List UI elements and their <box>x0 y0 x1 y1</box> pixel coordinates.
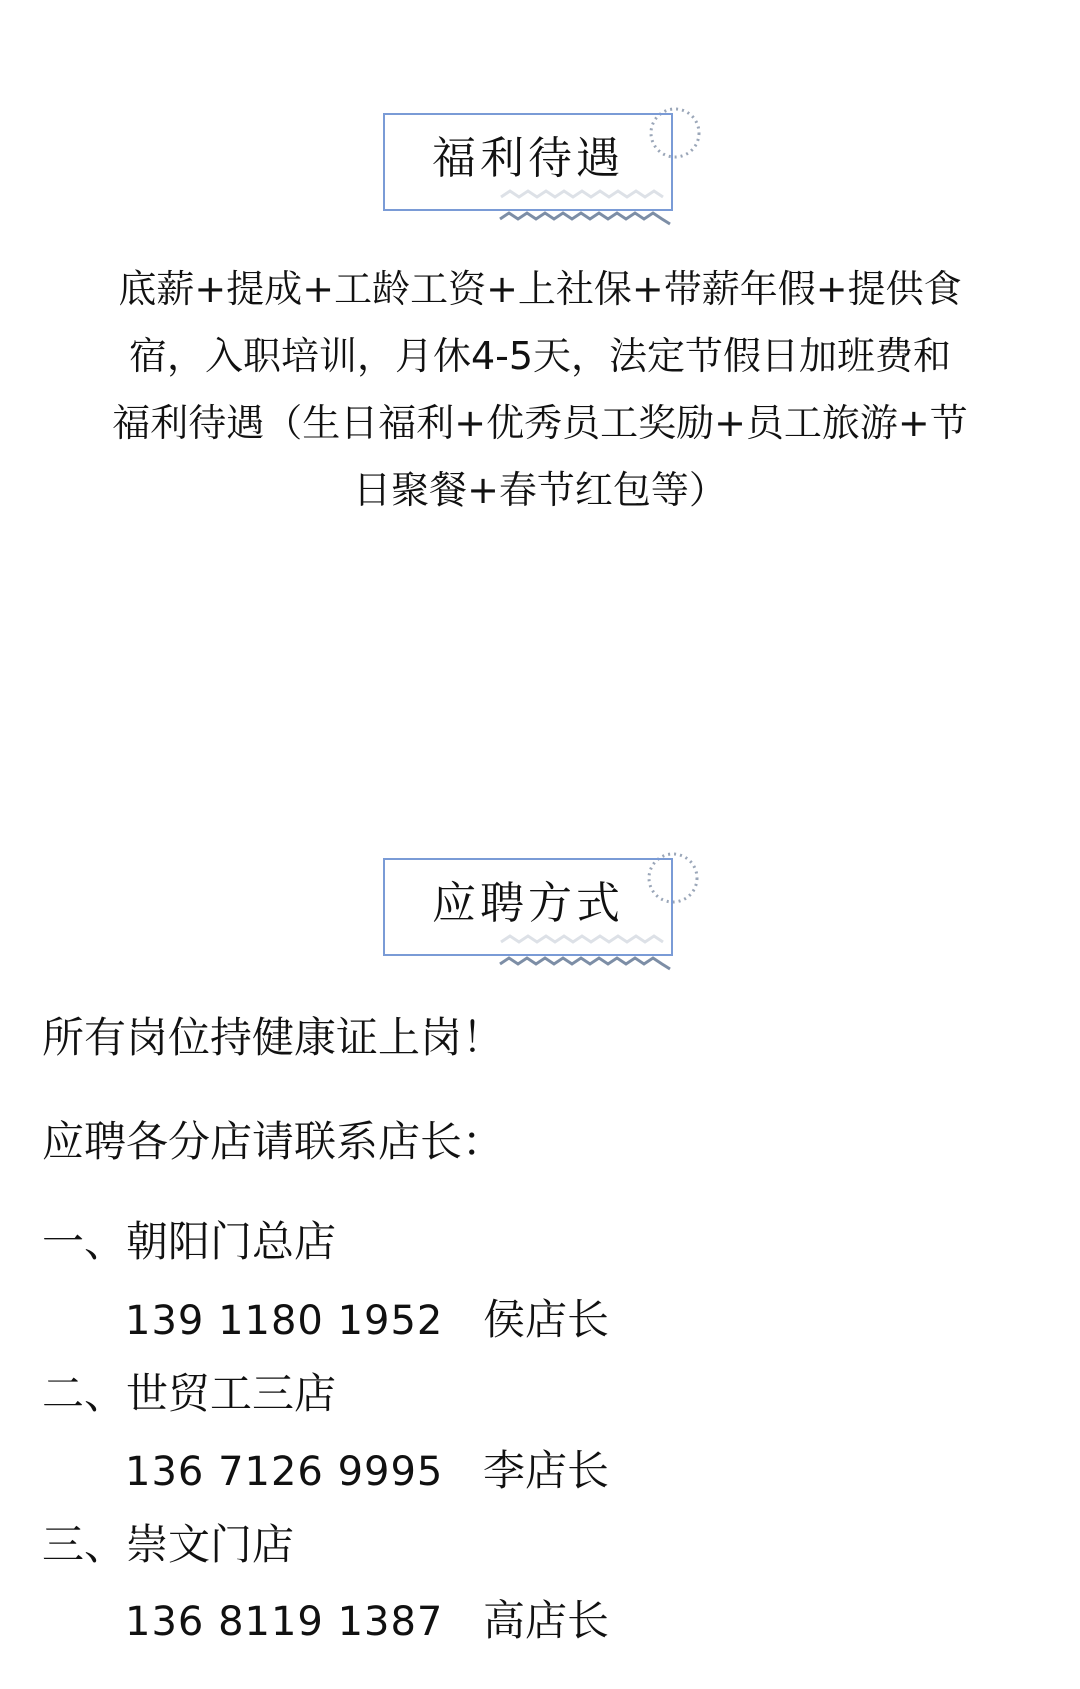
store-contact: 136 8119 1387高店长 <box>125 1596 609 1647</box>
health-certificate-notice: 所有岗位持健康证上岗！ <box>42 1010 504 1066</box>
store-name: 一、朝阳门总店 <box>42 1214 336 1270</box>
contact-intro: 应聘各分店请联系店长： <box>42 1114 504 1170</box>
phone-number[interactable]: 136 7126 9995 <box>125 1447 483 1497</box>
store-contact: 136 7126 9995李店长 <box>125 1446 609 1497</box>
store-name: 三、崇文门店 <box>42 1517 294 1573</box>
benefits-line: 日聚餐+春节红包等） <box>48 457 1032 524</box>
apply-heading: 应聘方式 <box>383 858 671 954</box>
benefits-line: 宿，入职培训，月休4-5天，法定节假日加班费和 <box>48 323 1032 390</box>
section-title: 应聘方式 <box>383 858 673 956</box>
benefits-heading: 福利待遇 <box>383 113 671 209</box>
section-title: 福利待遇 <box>383 113 673 211</box>
benefits-line: 福利待遇（生日福利+优秀员工奖励+员工旅游+节 <box>48 390 1032 457</box>
store-contact: 139 1180 1952侯店长 <box>125 1295 609 1346</box>
manager-name: 侯店长 <box>483 1295 609 1345</box>
manager-name: 李店长 <box>483 1446 609 1496</box>
phone-number[interactable]: 139 1180 1952 <box>125 1296 483 1346</box>
benefits-line: 底薪+提成+工龄工资+上社保+带薪年假+提供食 <box>48 256 1032 323</box>
manager-name: 高店长 <box>483 1596 609 1646</box>
phone-number[interactable]: 136 8119 1387 <box>125 1597 483 1647</box>
store-name: 二、世贸工三店 <box>42 1366 336 1422</box>
